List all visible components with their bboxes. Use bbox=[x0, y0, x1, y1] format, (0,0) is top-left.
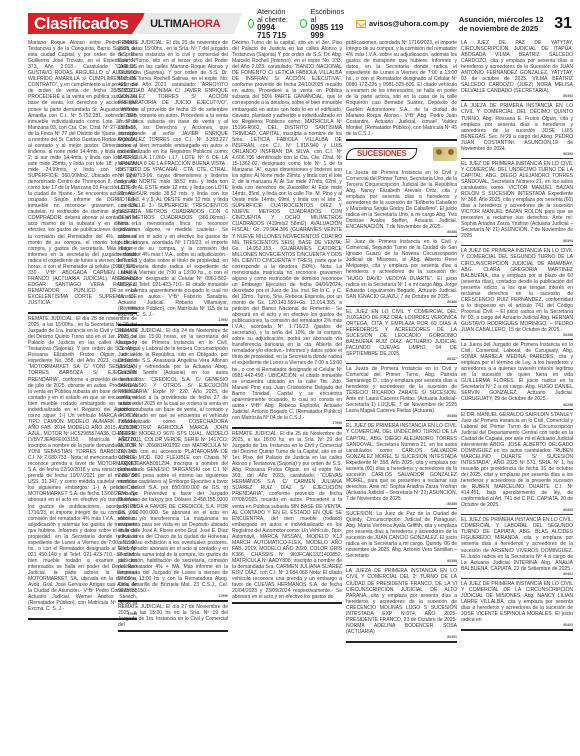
edict: EL JUEZ EN LO CIVIL Y COMERCIAL DEL JUZG… bbox=[346, 307, 457, 364]
edict-text: LA JUEZ DE PRIMERA INSTANCIA EN LO CIVIL… bbox=[461, 581, 573, 623]
ad-code: 80400 bbox=[461, 508, 573, 512]
edict-text: EL JUEZ EN LO CIVIL Y COMERCIAL DEL JUZG… bbox=[346, 309, 457, 357]
edict-text: EL JUEZ DE PRIMERA INSTANCIA EN LO CIVIL… bbox=[461, 517, 573, 571]
section-header-sucesiones: SUCESIONES bbox=[346, 146, 457, 163]
edict-text: LA JUEZA DE PRIMERA INSTANCIA EN LO CIVI… bbox=[346, 568, 457, 635]
edict-text: El DR. MANUEL GERALDO SAIFILDIN STANLEY … bbox=[461, 412, 573, 509]
edict-text: LA JUEZA DE PRIMERA INSTANCIA EN LO CIVI… bbox=[461, 103, 573, 151]
edict-text: La Jueza de Primera Instancia en lo Civi… bbox=[346, 366, 457, 414]
column-2: REMATE JUDICIAL: El día 20 de noviembre … bbox=[118, 38, 228, 632]
ad-code: 80387 bbox=[346, 357, 457, 361]
whatsapp-icon bbox=[248, 19, 254, 28]
ad-code: 80390 bbox=[346, 559, 457, 563]
ad-text: REMATE JUDICIAL: El día 25 de Noviembre … bbox=[232, 431, 342, 600]
edict: EL JUEZ DE PRIMERA INSTANCIA EN LO CIVIL… bbox=[461, 159, 573, 247]
edict-text: LA JUEZ DE PRIMERA INSTANCIA EN LO CIVIL… bbox=[461, 248, 573, 333]
ad-text: REMATE JUDICIAL: El día 27 de Noviembre … bbox=[118, 604, 228, 628]
classified-ad: Décimo Turno de la capital, sito en el 3… bbox=[232, 38, 342, 429]
family-icon bbox=[433, 147, 457, 161]
edict: El DR. MANUEL GERALDO SAIFILDIN STANLEY … bbox=[461, 410, 573, 516]
edict: EL JUEZ DE PRIMERA INSTANCIA EN LO CIVIL… bbox=[461, 515, 573, 578]
edict: La Jueza del Juzgado de Primera Instanci… bbox=[461, 340, 573, 409]
edict: La Jueza de Primera Instancia en lo Civi… bbox=[346, 364, 457, 421]
column-3: Décimo Turno de la capital, sito en el 3… bbox=[232, 38, 342, 604]
ad-code: 80402 bbox=[461, 572, 573, 576]
ad-text: publicaciones, acordada Nº 1716/2023, el… bbox=[346, 40, 457, 137]
ad-code: 80389 bbox=[346, 502, 457, 506]
column-4: publicaciones, acordada Nº 1716/2023, el… bbox=[346, 38, 457, 643]
whatsapp-contact: Escribinos al 0985 119 999 bbox=[300, 8, 346, 40]
ad-code: 80392 bbox=[461, 94, 573, 98]
whatsapp-icon bbox=[300, 19, 307, 28]
section-title-sucesiones: SUCESIONES bbox=[346, 148, 417, 160]
issue-date: Asunción, miércoles 12 de noviembre de 2… bbox=[459, 15, 554, 33]
newspaper-logo: ULTIMAHORA bbox=[136, 13, 242, 34]
edict: LA JUEZ DE PRIMERA INSTANCIA EN LO CIVIL… bbox=[461, 579, 573, 631]
ad-code: 80385 bbox=[346, 230, 457, 234]
edict: LA JUEZ DE PAZ DE YATYTAY, CIRCUNSCRIPCI… bbox=[461, 38, 573, 101]
ad-text: REMATE JUDICIAL: El día 24 de Noviembre … bbox=[118, 328, 228, 594]
ad-code: 80391 bbox=[346, 635, 457, 639]
contact-label: Atención al cliente: bbox=[257, 8, 290, 24]
ad-text: REMATE JUDICIAL: El día 20 de noviembre … bbox=[118, 40, 228, 318]
classified-ad: publicaciones, acordada Nº 1716/2023, el… bbox=[346, 38, 457, 141]
section-title: Clasificados bbox=[28, 13, 146, 34]
ad-code: 17992 bbox=[118, 318, 228, 322]
edict-text: SUCESIÓN: La Juez de Paz de la Ciudad de… bbox=[346, 511, 457, 559]
edict: SUCESIÓN: La Juez de Paz de la Ciudad de… bbox=[346, 509, 457, 566]
ad-code: 17996 bbox=[118, 594, 228, 598]
edict: LA JUEZA DE PRIMERA INSTANCIA EN LO CIVI… bbox=[461, 101, 573, 158]
edict-text: El Juez de Primera Instancia en lo Civil… bbox=[346, 239, 457, 299]
edict-text: EL JUEZ DE PRIMERA INSTANCIA EN LO CIVIL… bbox=[461, 161, 573, 240]
edict: La Jueza de Primera Instancia en lo Civi… bbox=[346, 168, 457, 237]
ad-code: 80393 bbox=[461, 152, 573, 156]
edict: EL JUEZ DE PRIMERA INSTANCIA EN LO CIVIL… bbox=[346, 421, 457, 509]
ad-code: 17998 bbox=[232, 421, 342, 425]
ad-code: 80394 bbox=[461, 239, 573, 243]
email-address: avisos@uhora.com.py bbox=[369, 20, 449, 28]
section-brand: Clasificados ULTIMAHORA bbox=[28, 13, 242, 34]
page-header: Clasificados ULTIMAHORA Atención al clie… bbox=[28, 13, 576, 34]
edict-text: LA JUEZ DE PAZ DE YATYTAY, CIRCUNSCRIPCI… bbox=[461, 40, 573, 94]
classified-ad: REMATE JUDICIAL: El día 25 de Noviembre … bbox=[232, 429, 342, 604]
email-contact: avisos@uhora.com.py bbox=[356, 20, 449, 28]
contact-label: Escribinos al bbox=[310, 8, 346, 24]
customer-service-contact: Atención al cliente: 0994 715 715 bbox=[248, 8, 290, 40]
column-5: LA JUEZ DE PAZ DE YATYTAY, CIRCUNSCRIPCI… bbox=[461, 38, 573, 631]
edict-text: La Jueza del Juzgado de Primera Instanci… bbox=[461, 342, 573, 402]
edict: El Juez de Primera Instancia en lo Civil… bbox=[346, 237, 457, 306]
ad-text: Décimo Turno de la capital, sito en el 3… bbox=[232, 40, 342, 421]
edict: LA JUEZ DE PRIMERA INSTANCIA EN LO CIVIL… bbox=[461, 246, 573, 340]
ad-code: 80403 bbox=[461, 623, 573, 627]
edict-text: EL JUEZ DE PRIMERA INSTANCIA EN LO CIVIL… bbox=[346, 423, 457, 502]
edict-text: La Jueza de Primera Instancia en lo Civi… bbox=[346, 170, 457, 230]
ad-code: 80398 bbox=[461, 403, 573, 407]
edict: LA JUEZA DE PRIMERA INSTANCIA EN LO CIVI… bbox=[346, 566, 457, 643]
mail-icon bbox=[356, 20, 366, 28]
ad-code: 80396 bbox=[461, 333, 573, 337]
classified-ad: REMATE JUDICIAL: El día 20 de noviembre … bbox=[118, 38, 228, 326]
logo-ultima: ULTIMA bbox=[150, 18, 189, 30]
ad-code: 80386 bbox=[346, 300, 457, 304]
logo-hora: HORA bbox=[189, 18, 220, 30]
page-number: 31 bbox=[554, 15, 576, 33]
classified-ad: REMATE JUDICIAL: El día 24 de Noviembre … bbox=[118, 326, 228, 602]
classified-ad: REMATE JUDICIAL: El día 27 de Noviembre … bbox=[118, 602, 228, 632]
ad-code: 80388 bbox=[346, 414, 457, 418]
